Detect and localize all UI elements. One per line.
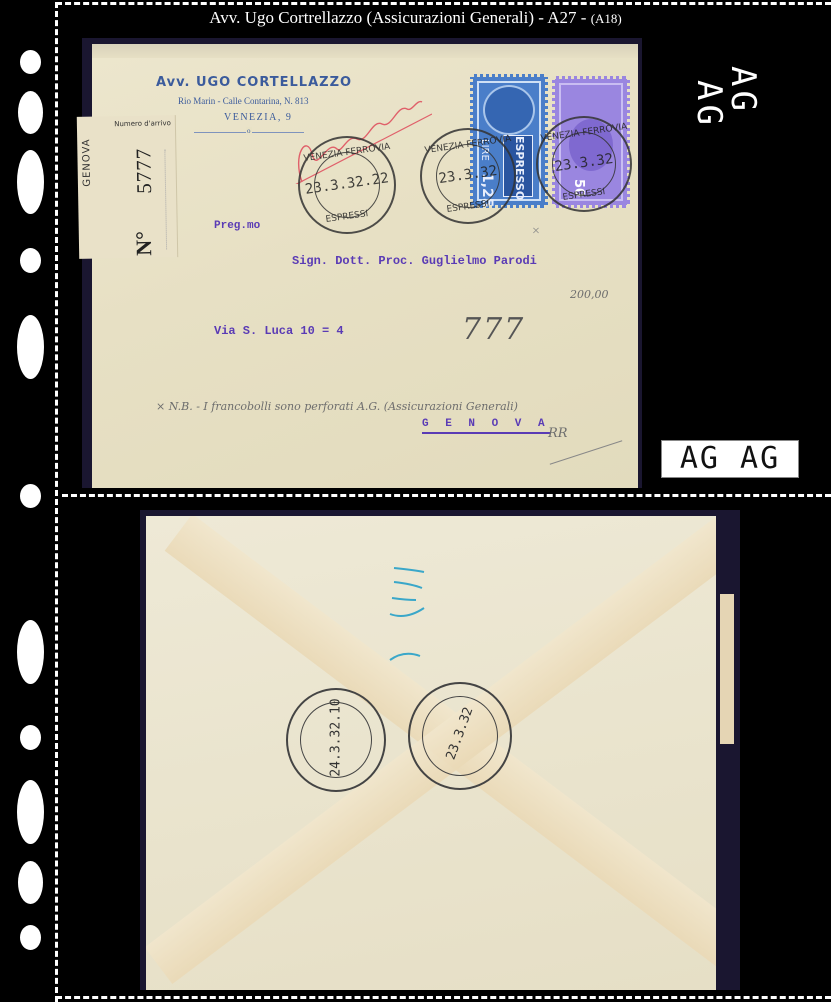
pencil-underline	[550, 440, 623, 464]
registration-label: Numero d'arrivo GENOVA 5777 N°	[77, 115, 178, 259]
binder-hole	[20, 248, 41, 273]
address-salutation: Preg.mo	[214, 220, 260, 232]
registration-label-no: N°	[131, 231, 157, 256]
registration-label-header: Numero d'arrivo	[114, 119, 171, 128]
binder-hole	[20, 725, 41, 750]
page-title: Avv. Ugo Cortrellazzo (Assicurazioni Gen…	[0, 8, 831, 28]
pencil-number-note: 777	[462, 312, 525, 347]
envelope-front-paper: Avv. UGO CORTELLAZZO Rio Marin - Calle C…	[92, 44, 638, 488]
registration-label-city: GENOVA	[81, 138, 93, 186]
perfin-vertical-illustration: AG AG	[692, 66, 760, 129]
back-postmark: 24.3.32.10	[286, 688, 386, 792]
page-title-text: Avv. Ugo Cortrellazzo (Assicurazioni Gen…	[209, 8, 586, 27]
letterhead-ornament: o	[246, 127, 252, 135]
frame-left-border	[55, 2, 58, 1002]
registration-label-number: 5777	[131, 147, 157, 193]
page-title-reference: (A18)	[591, 11, 622, 26]
binder-hole	[17, 780, 44, 844]
postmark: VENEZIA FERROVIA 23.3.32 ESPRESSI	[420, 128, 516, 224]
perfin-box-illustration: AG AG	[661, 440, 799, 478]
address-street: Via S. Luca 10 = 4	[214, 324, 344, 338]
back-postmark: 23.3.32	[408, 682, 512, 790]
blue-crayon-marks	[384, 560, 444, 670]
perfin-vertical-text: AG	[692, 80, 726, 129]
stamp-portrait-icon	[483, 85, 535, 135]
binder-hole	[17, 315, 44, 379]
binder-hole	[20, 484, 41, 508]
binder-hole	[18, 91, 43, 134]
envelope-back-paper: 24.3.32.10 23.3.32	[146, 516, 716, 990]
binder-hole	[17, 150, 44, 214]
binder-hole	[17, 620, 44, 684]
frame-middle-divider	[62, 494, 831, 497]
pencil-perfin-note: × N.B. - I francobolli sono perforati A.…	[156, 400, 518, 413]
postmark: VENEZIA FERROVIA 23.3.32 ESPRESSI	[536, 116, 632, 212]
postmark: VENEZIA FERROVIA 23.3.32.22 ESPRESSI	[298, 136, 396, 234]
binder-hole	[18, 861, 43, 904]
pencil-price-note: 200,00	[570, 288, 609, 301]
frame-bottom-border	[56, 996, 831, 999]
frame-top-border	[56, 2, 831, 5]
binder-hole	[20, 925, 41, 950]
envelope-side-tab	[720, 594, 734, 744]
envelope-back: 24.3.32.10 23.3.32	[140, 510, 740, 990]
envelope-front: Avv. UGO CORTELLAZZO Rio Marin - Calle C…	[82, 38, 642, 488]
binder-hole	[20, 50, 41, 74]
perfin-vertical-text: AG	[726, 66, 760, 129]
pencil-cross-mark: ×	[532, 224, 540, 240]
pencil-rarity-note: RR	[548, 426, 568, 441]
address-city: G E N O V A	[422, 418, 550, 434]
address-recipient: Sign. Dott. Proc. Guglielmo Parodi	[292, 254, 537, 268]
letterhead-name: Avv. UGO CORTELLAZZO	[156, 75, 352, 90]
